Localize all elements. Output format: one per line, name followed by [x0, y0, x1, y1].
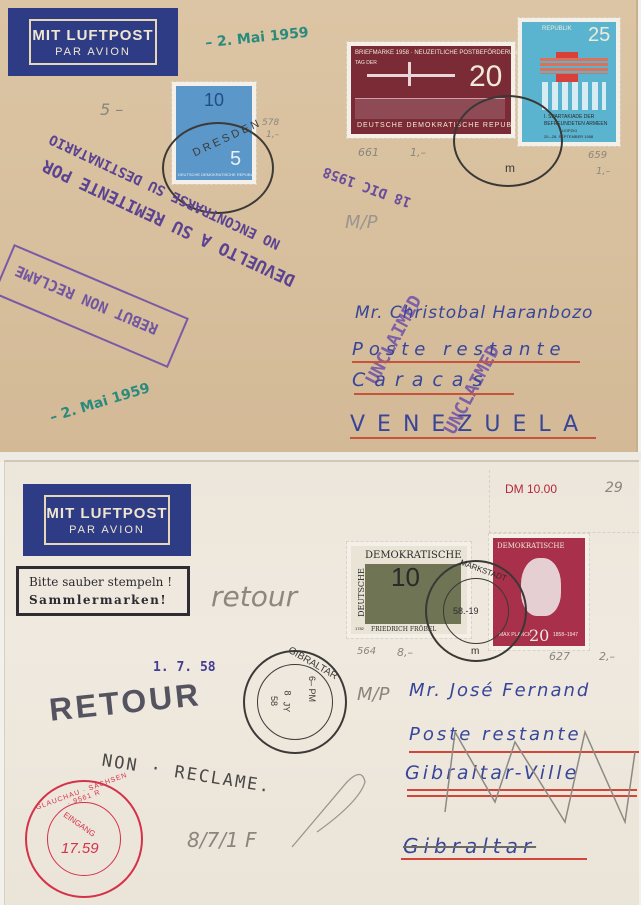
postmark-date: 58.-19 — [453, 606, 479, 616]
postmark-day: 8 — [283, 690, 293, 695]
runners-icon — [542, 82, 606, 110]
address-line-1: Mr. Christobal Haranbozo — [355, 303, 593, 323]
address-line-2: Poste restante — [352, 339, 567, 360]
date-stamp-bottom: – 2. Mai 1959 — [48, 380, 152, 426]
address-line-4: Gibraltar — [403, 834, 536, 858]
price-note: 8,– — [397, 646, 413, 659]
stamp-side-left: DEUTSCHE — [357, 568, 366, 617]
stamp-denomination: 20 — [529, 626, 549, 645]
postmark-year: 58 — [269, 696, 279, 706]
stamp-header: REPUBLIK — [542, 26, 572, 32]
stamp-year: 1782 — [355, 626, 364, 631]
catalog-note: 578 — [262, 118, 279, 128]
price-note: 1,– — [410, 146, 426, 159]
stamp-denomination: 20 — [469, 60, 502, 94]
airmail-label-line2: PAR AVION — [69, 524, 145, 536]
underline — [401, 858, 587, 860]
postmark-letter: m — [471, 646, 479, 657]
stamp-denomination: 25 — [588, 24, 610, 47]
address-line-4: VENEZUELA — [350, 412, 590, 437]
underline — [350, 437, 596, 439]
airmail-label-line1: MIT LUFTPOST — [46, 505, 167, 522]
catalog-note: 564 — [357, 646, 376, 657]
receipt-date: 17.59 — [61, 840, 99, 857]
retour-stamp: RETOUR — [47, 676, 203, 729]
postmark-city: DRESDEN — [191, 117, 264, 159]
stamp-header: BRIEFMARKE 1958 · NEUZEITLICHE POSTBEFÖR… — [355, 50, 522, 56]
stamp-denomination-top: 10 — [204, 90, 224, 111]
postmark-gibraltar: GIBRALTAR 6– PM 8 JY 58 — [243, 650, 347, 754]
instruction-line-2: Sammlermarken! — [29, 593, 167, 607]
arrival-date-stamp: 18 DIC 1958 — [321, 163, 414, 210]
instruction-line-1: Bitte sauber stempeln ! — [29, 575, 172, 589]
receipt-inner-ring — [47, 802, 121, 876]
stamp-header: DEMOKRATISCHE — [497, 542, 565, 550]
portrait-icon — [521, 558, 561, 616]
cover-gibraltar: MIT LUFTPOST PAR AVION Bitte sauber stem… — [4, 460, 639, 905]
pencil-zigzag-strikeout — [435, 722, 639, 832]
cover-venezuela: MIT LUFTPOST PAR AVION – 2. Mai 1959 5 –… — [0, 0, 638, 455]
catalog-note: 661 — [358, 146, 379, 159]
address-line-3: Caracas — [352, 369, 491, 391]
address-line-1: Mr. José Fernand — [409, 680, 590, 701]
date-stamp: 1. 7. 58 — [153, 660, 216, 675]
map-icon — [540, 58, 608, 74]
stamp-years: 1858–1947 — [553, 632, 578, 638]
box-stamp-rebut: REBUT NON RECLAME — [0, 244, 189, 368]
postmark-circle: m — [453, 95, 563, 187]
airmail-label: MIT LUFTPOST PAR AVION — [23, 484, 191, 556]
price-note: 2,– — [599, 650, 615, 663]
box-stamp-text: REBUT NON RECLAME — [13, 262, 161, 339]
postmark-month: JY — [281, 702, 291, 713]
airmail-label: MIT LUFTPOST PAR AVION — [8, 8, 178, 76]
catalog-note: 627 — [549, 650, 570, 663]
price-note: 1,– — [596, 166, 611, 177]
pencil-loop-mark — [287, 762, 377, 852]
stamp-caption: FRIEDRICH FRÖBEL — [371, 626, 436, 633]
pencil-code: 8/7/1 F — [187, 828, 257, 852]
pencil-mp-mark: M/P — [345, 212, 377, 233]
postmark-markstadt: MARKSTADT 58.-19 m — [425, 560, 527, 662]
underline — [352, 361, 580, 363]
stamp-side: TAG DER — [355, 60, 377, 66]
postmark-time: 6– PM — [307, 676, 317, 702]
date-stamp-top: – 2. Mai 1959 — [204, 25, 309, 52]
airplane-fuselage — [408, 62, 411, 86]
airmail-label-line2: PAR AVION — [55, 46, 131, 58]
stamp-denomination: 10 — [391, 562, 420, 593]
pencil-note: 5 – — [100, 100, 123, 119]
stamp-header: DEMOKRATISCHE — [365, 550, 462, 561]
airmail-label-line1: MIT LUFTPOST — [32, 27, 153, 44]
postmark-letter: m — [505, 161, 515, 175]
receipt-stamp-glauchau: GLAUCHAU · SACHSEN · 9561 R EINGANG 17.5… — [25, 780, 143, 898]
pencil-retour: retour — [211, 580, 297, 613]
catalog-note: 659 — [588, 150, 607, 161]
instruction-box-stamp: Bitte sauber stempeln ! Sammlermarken! — [16, 566, 190, 616]
pencil-corner: 29 — [605, 480, 623, 496]
price-note: 1,– — [266, 130, 279, 140]
underline — [354, 393, 514, 395]
stamp-caption: LEIPZIG — [562, 128, 577, 133]
pencil-mp-mark: M/P — [357, 684, 389, 705]
airplane-icon — [367, 74, 455, 77]
